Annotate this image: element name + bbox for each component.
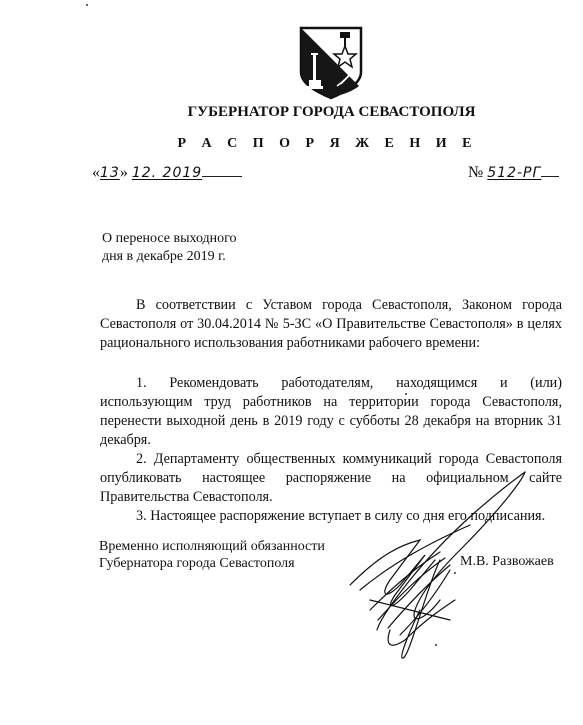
date-close-quote: » [120, 164, 128, 181]
number-value: 512-РГ [487, 165, 541, 181]
signer-position: Временно исполняющий обязанности Губерна… [99, 538, 325, 572]
scan-speck [405, 393, 407, 395]
handwritten-signature-icon [330, 470, 560, 660]
document-type-title: Р А С П О Р Я Ж Е Н И Е [0, 136, 583, 152]
number-underline [541, 166, 559, 177]
document-date: «13» 12. 2019 [92, 164, 242, 182]
signer-role-line-1: Временно исполняющий обязанности [99, 538, 325, 555]
subject-line-1: О переносе выходного [102, 230, 237, 248]
scan-speck [86, 4, 88, 6]
document-subject: О переносе выходного дня в декабре 2019 … [102, 230, 237, 266]
scan-speck [454, 572, 456, 574]
preamble: В соответствии с Уставом города Севастоп… [100, 296, 562, 353]
order-point-1: 1. Рекомендовать работодателям, находящи… [100, 374, 562, 450]
subject-line-2: дня в декабре 2019 г. [102, 248, 237, 266]
coat-of-arms-icon [297, 24, 365, 100]
date-day: 13 [100, 165, 120, 181]
date-underline [202, 166, 242, 177]
document-number: № 512-РГ [468, 164, 559, 182]
scan-speck [435, 644, 437, 646]
signer-role-line-2: Губернатора города Севастополя [99, 555, 325, 572]
issuing-authority-title: ГУБЕРНАТОР ГОРОДА СЕВАСТОПОЛЯ [0, 104, 583, 121]
number-label: № [468, 164, 483, 181]
preamble-text: В соответствии с Уставом города Севастоп… [100, 296, 562, 353]
date-month-year: 12. 2019 [132, 165, 202, 181]
date-open-quote: « [92, 164, 100, 181]
